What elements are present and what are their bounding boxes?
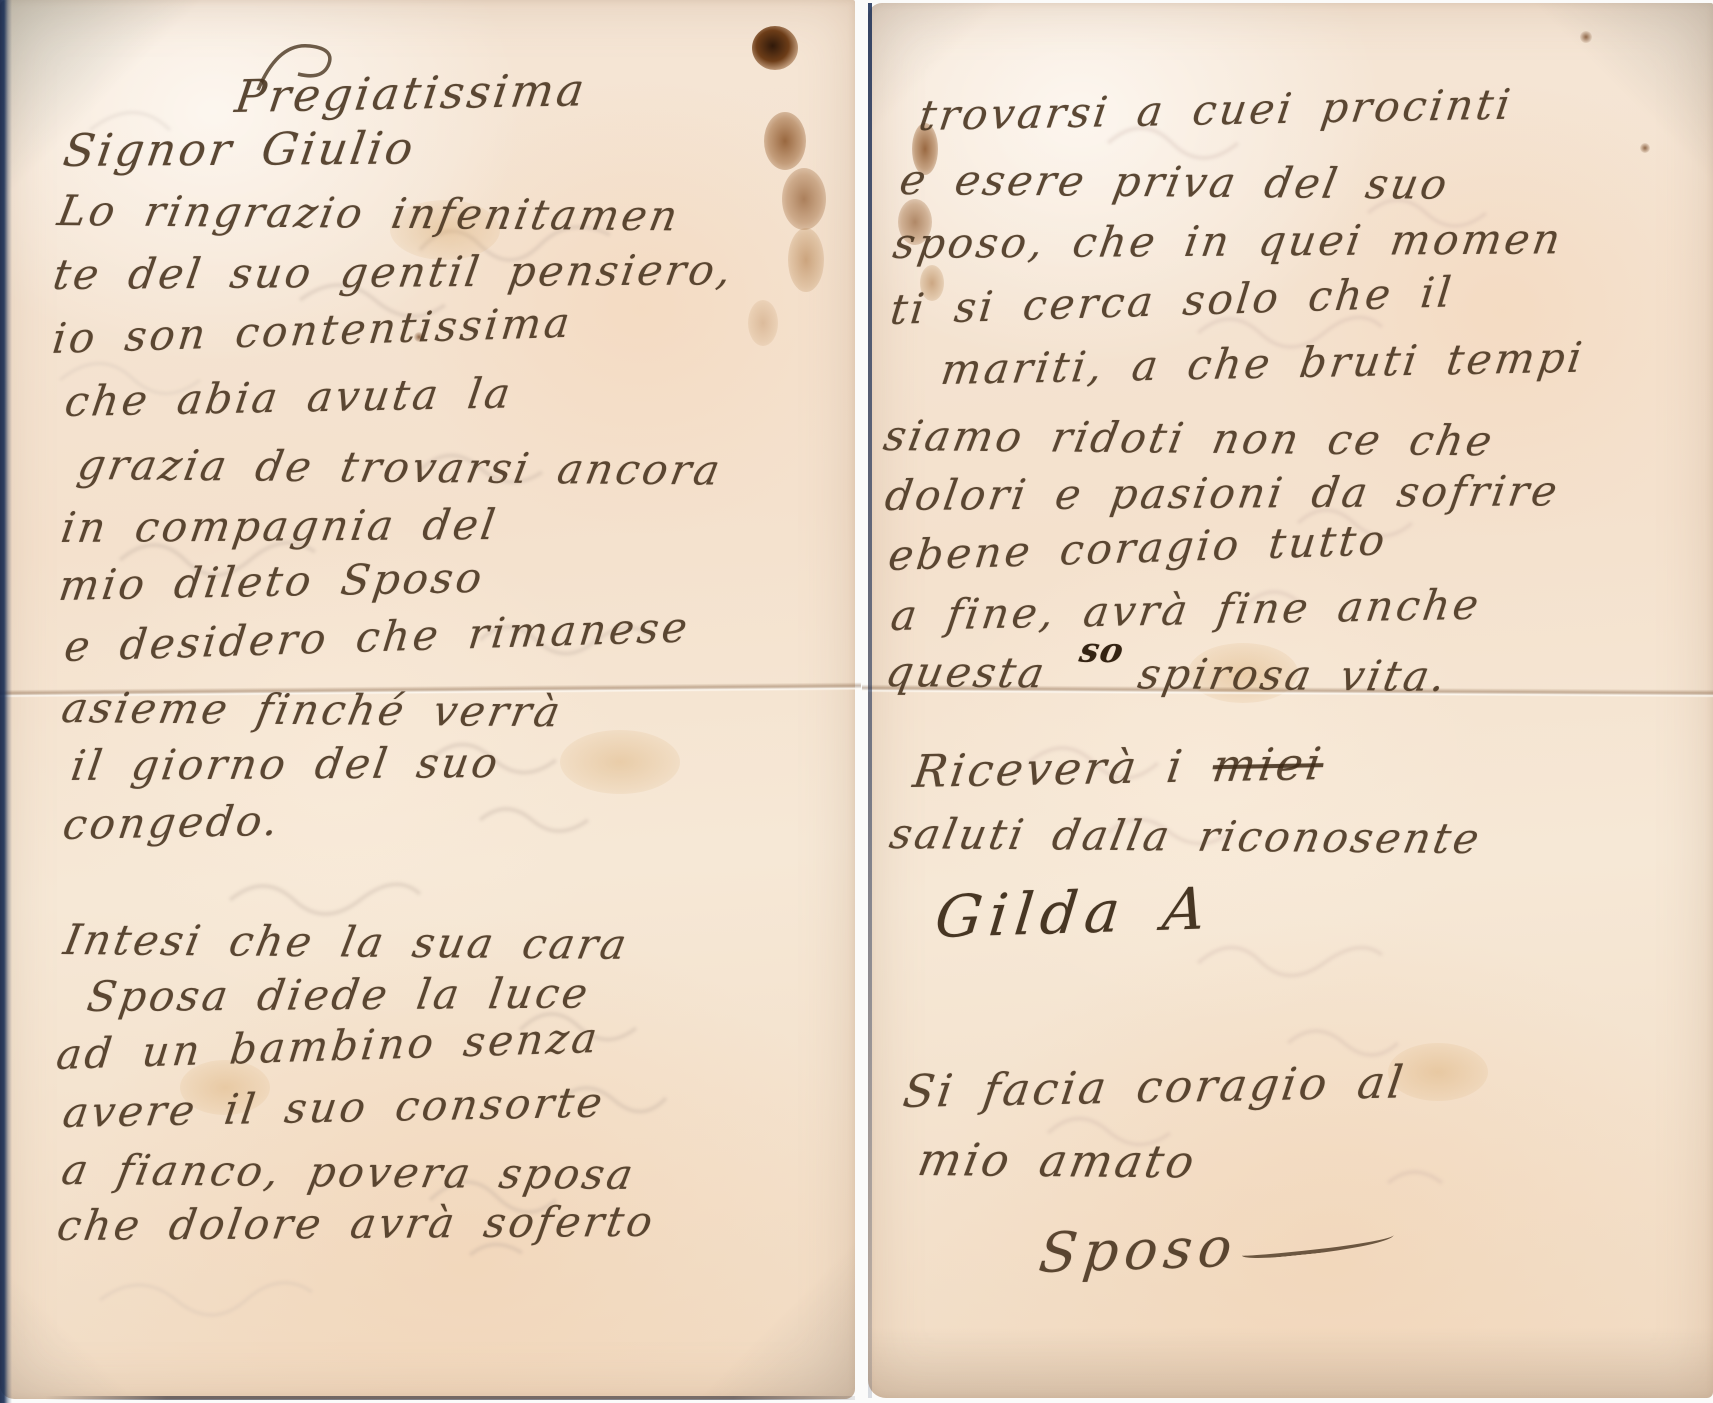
- paper-stain: [560, 730, 680, 794]
- handwritten-line: Si facia coragio al: [900, 1055, 1409, 1118]
- handwritten-line: a fianco, povera sposa: [58, 1145, 640, 1199]
- handwritten-line: Intesi che la sua cara: [60, 915, 633, 969]
- handwritten-line: mio amato: [914, 1133, 1201, 1188]
- ink-stain: [764, 112, 806, 170]
- handwritten-line: Sposa diede la luce: [84, 968, 594, 1021]
- ink-stain: [748, 300, 778, 346]
- handwritten-line: che abia avuta la: [62, 368, 516, 426]
- handwritten-line: Signor Giulio: [60, 122, 420, 177]
- regards-prefix: Riceverà i: [910, 740, 1188, 798]
- letter-page-right: trovarsi a cuei procinti e esere priva d…: [868, 3, 1713, 1398]
- handwritten-line-regards: Riceverà i miei: [910, 737, 1327, 798]
- handwritten-line: grazia de trovarsi ancora: [74, 440, 727, 495]
- handwritten-line: avere il suo consorte: [60, 1078, 608, 1137]
- letter-scan: Pregiatissima Signor Giulio Lo ringrazio…: [0, 0, 1713, 1403]
- paper-speck: [1580, 31, 1592, 43]
- correction-before: questa: [882, 647, 1051, 697]
- letter-page-left: Pregiatissima Signor Giulio Lo ringrazio…: [0, 0, 855, 1399]
- scan-edge-strip: [0, 0, 12, 1403]
- inserted-word: so: [1076, 631, 1127, 671]
- handwritten-line: Pregiatissima: [232, 63, 590, 123]
- handwritten-line: siamo ridoti non ce che: [880, 411, 1499, 465]
- ink-stain: [782, 168, 826, 230]
- handwritten-line: io son contentissima: [50, 298, 575, 363]
- correction-after: spirosa vita.: [1134, 649, 1452, 701]
- handwritten-line: il giorno del suo: [68, 738, 504, 790]
- handwritten-line: Lo ringrazio infenitamen: [54, 186, 684, 240]
- paper-speck: [1640, 143, 1650, 153]
- handwritten-line: mio dileto Sposo: [56, 553, 488, 610]
- handwritten-line: saluti dalla riconosente: [886, 809, 1486, 863]
- pen-tail-stroke: [1242, 1228, 1394, 1261]
- handwritten-line: ad un bambino senza: [54, 1013, 603, 1079]
- handwritten-line: e esere priva del suo: [896, 155, 1454, 209]
- handwritten-line: trovarsi a cuei procinti: [916, 80, 1516, 140]
- handwritten-line: te del suo gentil pensiero,: [50, 245, 737, 299]
- handwritten-line: dolori e pasioni da sofrire: [882, 466, 1563, 520]
- handwritten-line: e desidero che rimanese: [62, 602, 693, 671]
- struck-word: miei: [1209, 737, 1327, 792]
- handwritten-line: a fine, avrà fine anche: [888, 580, 1484, 640]
- handwritten-line: congedo.: [60, 796, 284, 849]
- closing-word-text: Sposo: [1036, 1215, 1241, 1285]
- handwritten-line: mariti, a che bruti tempi: [938, 333, 1588, 394]
- handwritten-line: ti si cerca solo che il: [888, 267, 1456, 334]
- closing-word: Sposo: [1036, 1210, 1398, 1285]
- handwritten-line: ebene coragio tutto: [886, 515, 1390, 580]
- bleed-through-marks: [868, 3, 1713, 1398]
- handwritten-line: in compagnia del: [58, 500, 501, 552]
- handwritten-line: che dolore avrà soferto: [54, 1197, 659, 1250]
- handwritten-line-correction: questa so spirosa vita.: [882, 647, 1453, 701]
- signature: Gilda A: [932, 874, 1216, 951]
- handwritten-line: sposo, che in quei momen: [890, 214, 1566, 268]
- handwritten-line: asieme finché verrà: [58, 683, 567, 736]
- ink-stain: [788, 228, 824, 292]
- ink-stain: [752, 26, 798, 70]
